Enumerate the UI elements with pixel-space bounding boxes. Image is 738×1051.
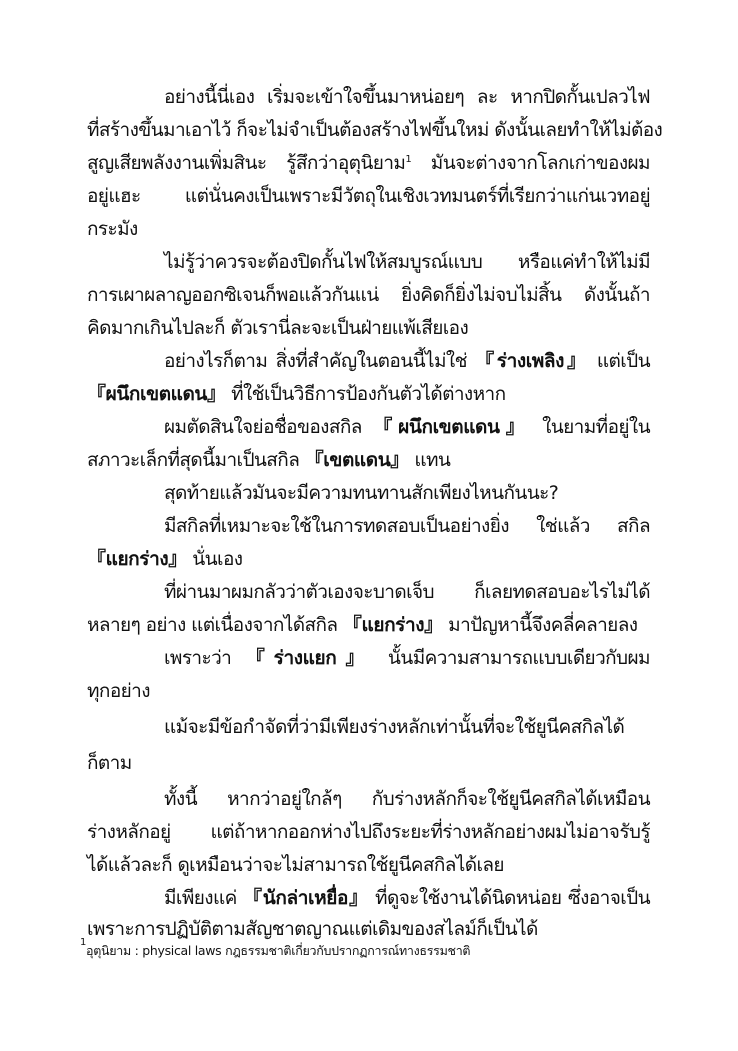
footnote-mark: 1 <box>80 935 86 951</box>
text-line: ผมตัดสินใจย่อชื่อของสกิล 『ผนึกเขตแดน』 ใน… <box>164 411 650 443</box>
text-line: สภาวะเล็กที่สุดนี้มาเป็นสกิล 『เขตแดน』 แท… <box>87 444 650 476</box>
text-run: ร่างหลักอยู่ แต่ถ้าหากออกห่างไปถึงระยะที… <box>87 821 650 843</box>
text-run: มาปัญหานี้จึงคลี่คลายลง <box>443 614 638 636</box>
text-run: สูญเสียพลังงานเพิ่มสินะ รู้สึกว่าอุตุนิย… <box>87 152 405 174</box>
document-page: อย่างนี้นี่เอง เริ่มจะเข้าใจขึ้นมาหน่อยๆ… <box>0 0 738 1051</box>
text-line: ก็ตาม <box>87 747 650 779</box>
text-run: แม้จะมีข้อกำจัดที่ว่ามีเพียงร่างหลักเท่า… <box>164 716 624 738</box>
text-run: เพราะการปฏิบัติตามสัญชาตญาณแต่เดิมของสไล… <box>87 918 538 940</box>
text-run: ที่ใช้เป็นวิธีการป้องกันตัวได้ต่างหาก <box>226 383 506 405</box>
text-run: อยู่แฮะ แต่นั่นคงเป็นเพราะมีวัตถุในเชิงเ… <box>87 185 650 207</box>
skill-name: 『นักล่าเหยื่อ』 <box>243 887 368 909</box>
text-line: ได้แล้วละก็ ดูเหมือนว่าจะไม่สามารถใช้ยูน… <box>87 849 650 881</box>
text-run: ผมตัดสินใจย่อชื่อของสกิล <box>164 416 373 438</box>
footnote-text: อุตุนิยาม : physical laws กฎธรรมชาติเกี่… <box>80 943 470 958</box>
text-line: 『แยกร่าง』 นั่นเอง <box>87 543 650 575</box>
text-run: การเผาผลาญออกซิเจนก็พอแล้วกันแน่ ยิ่งคิด… <box>87 284 650 306</box>
text-run: ที่สร้างขึ้นมาเอาไว้ ก็จะไม่จำเป็นต้องสร… <box>87 119 662 141</box>
text-line: มีสกิลที่เหมาะจะใช้ในการทดสอบเป็นอย่างยิ… <box>164 510 650 542</box>
skill-name: 『ร่างแยก』 <box>246 647 373 669</box>
footnote: 1 อุตุนิยาม : physical laws กฎธรรมชาติเก… <box>80 943 470 959</box>
text-line: การเผาผลาญออกซิเจนก็พอแล้วกันแน่ ยิ่งคิด… <box>87 279 650 311</box>
text-line: มีเพียงแค่ 『นักล่าเหยื่อ』 ที่ดูจะใช้งานไ… <box>164 882 650 914</box>
text-line: แม้จะมีข้อกำจัดที่ว่ามีเพียงร่างหลักเท่า… <box>164 711 650 743</box>
skill-name: 『ร่างเพลิง』 <box>475 350 588 372</box>
text-line: กระมัง <box>87 213 650 245</box>
text-run: ในยามที่อยู่ใน <box>530 416 650 438</box>
text-run: นั้นมีความสามารถแบบเดียวกับผม <box>373 647 650 669</box>
text-run: แทน <box>409 449 450 471</box>
text-run: ที่ผ่านมาผมกลัวว่าตัวเองจะบาดเจ็บ ก็เลยท… <box>164 581 650 603</box>
skill-name: 『เขตแดน』 <box>305 449 409 471</box>
text-line: เพราะว่า 『ร่างแยก』 นั้นมีความสามารถแบบเด… <box>164 642 650 674</box>
text-line: ที่ผ่านมาผมกลัวว่าตัวเองจะบาดเจ็บ ก็เลยท… <box>164 576 650 608</box>
text-line: อยู่แฮะ แต่นั่นคงเป็นเพราะมีวัตถุในเชิงเ… <box>87 180 650 212</box>
text-line: คิดมากเกินไปละก็ ตัวเรานี่ละจะเป็นฝ่ายแพ… <box>87 312 650 344</box>
text-line: อย่างนี้นี่เอง เริ่มจะเข้าใจขึ้นมาหน่อยๆ… <box>164 81 650 113</box>
text-run: แต่เป็น <box>589 350 651 372</box>
text-run: ไม่รู้ว่าควรจะต้องปิดกั้นไฟให้สมบูรณ์แบบ… <box>164 251 650 273</box>
skill-name: 『แยกร่าง』 <box>343 614 443 636</box>
text-run: ทุกอย่าง <box>87 680 150 702</box>
text-run: ที่ดูจะใช้งานได้นิดหน่อย ซึ่งอาจเป็น <box>369 887 650 909</box>
text-run: นั่นเอง <box>187 548 243 570</box>
text-run: มีเพียงแค่ <box>164 887 243 909</box>
text-run: หลายๆ อย่าง แต่เนื่องจากได้สกิล <box>87 614 343 636</box>
skill-name: 『ผนึกเขตแดน』 <box>373 416 530 438</box>
text-line: ที่สร้างขึ้นมาเอาไว้ ก็จะไม่จำเป็นต้องสร… <box>87 114 650 146</box>
text-line: ทุกอย่าง <box>87 675 650 707</box>
text-line: สุดท้ายแล้วมันจะมีความทนทานสักเพียงไหนกั… <box>164 477 650 509</box>
text-run: สภาวะเล็กที่สุดนี้มาเป็นสกิล <box>87 449 305 471</box>
text-line: อย่างไรก็ตาม สิ่งที่สำคัญในตอนนี้ไม่ใช่ … <box>164 345 650 377</box>
text-run: ได้แล้วละก็ ดูเหมือนว่าจะไม่สามารถใช้ยูน… <box>87 854 504 876</box>
text-line: ร่างหลักอยู่ แต่ถ้าหากออกห่างไปถึงระยะที… <box>87 816 650 848</box>
text-run: ทั้งนี้ หากว่าอยู่ใกล้ๆ กับร่างหลักก็จะใ… <box>164 788 650 810</box>
text-line: สูญเสียพลังงานเพิ่มสินะ รู้สึกว่าอุตุนิย… <box>87 147 650 179</box>
text-run: สุดท้ายแล้วมันจะมีความทนทานสักเพียงไหนกั… <box>164 482 558 504</box>
skill-name: 『ผนึกเขตแดน』 <box>87 383 226 405</box>
text-run: อย่างไรก็ตาม สิ่งที่สำคัญในตอนนี้ไม่ใช่ <box>164 350 475 372</box>
text-run: มันจะต่างจากโลกเก่าของผม <box>411 152 650 174</box>
skill-name: 『แยกร่าง』 <box>87 548 187 570</box>
text-line: ทั้งนี้ หากว่าอยู่ใกล้ๆ กับร่างหลักก็จะใ… <box>164 783 650 815</box>
text-run: ก็ตาม <box>87 752 132 774</box>
text-line: 『ผนึกเขตแดน』 ที่ใช้เป็นวิธีการป้องกันตัว… <box>87 378 650 410</box>
text-run: กระมัง <box>87 218 138 240</box>
text-run: เพราะว่า <box>164 647 246 669</box>
text-line: เพราะการปฏิบัติตามสัญชาตญาณแต่เดิมของสไล… <box>87 913 650 945</box>
text-run: มีสกิลที่เหมาะจะใช้ในการทดสอบเป็นอย่างยิ… <box>164 515 650 537</box>
text-line: ไม่รู้ว่าควรจะต้องปิดกั้นไฟให้สมบูรณ์แบบ… <box>164 246 650 278</box>
text-run: อย่างนี้นี่เอง เริ่มจะเข้าใจขึ้นมาหน่อยๆ… <box>164 86 650 108</box>
text-line: หลายๆ อย่าง แต่เนื่องจากได้สกิล 『แยกร่าง… <box>87 609 650 641</box>
text-run: คิดมากเกินไปละก็ ตัวเรานี่ละจะเป็นฝ่ายแพ… <box>87 317 468 339</box>
